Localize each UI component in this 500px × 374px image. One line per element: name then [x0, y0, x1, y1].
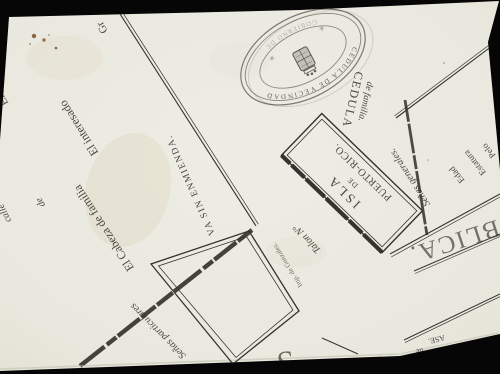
- photo-stage: ISLA DE PUERTO-RICO. CEDULA DE VECINDAD …: [0, 0, 500, 374]
- document-photo: ISLA DE PUERTO-RICO. CEDULA DE VECINDAD …: [0, 0, 500, 374]
- label-de-small: de: [414, 346, 424, 357]
- label-de-tiny: de: [481, 338, 489, 347]
